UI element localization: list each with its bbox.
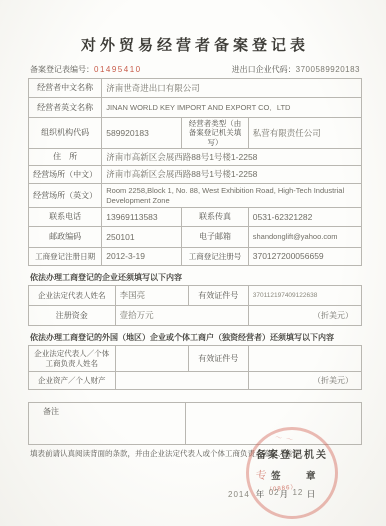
en-name-value: JINAN WORLD KEY IMPORT AND EXPORT CO．LTD xyxy=(102,98,362,118)
date-year: 2014 xyxy=(228,490,250,499)
seal-here-label: 签 章 xyxy=(271,468,324,482)
table-row: 经营者中文名称 济南世奇进出口有限公司 xyxy=(29,79,362,98)
capital-usd-note: （折美元） xyxy=(248,306,361,326)
table-row: 住 所 济南市高新区会展西路88号1号楼1-2258 xyxy=(29,149,362,166)
premises-en-label: 经营场所（英文） xyxy=(29,184,102,208)
date-year-char: 年 xyxy=(256,489,266,499)
table-row: 企业法定代表人姓名 李国亮 有效证件号 370112197409122638 xyxy=(29,286,362,306)
table-row: 经营场所（中文） 济南市高新区会展西路88号1号楼1-2258 xyxy=(29,166,362,184)
company-code-label: 进出口企业代码： xyxy=(232,65,296,74)
date-month: 02 xyxy=(269,488,280,497)
registration-date: 2014年 02月 12 日 xyxy=(228,488,316,500)
postcode-value: 250101 xyxy=(102,227,182,248)
cn-name-value: 济南世奇进出口有限公司 xyxy=(102,79,362,98)
reg-no-value: 370127200056659 xyxy=(248,248,361,266)
table-row: 注册资金 壹拾万元 （折美元） xyxy=(29,306,362,326)
rep-or-owner-label: 企业法定代表人／个体工商负责人姓名 xyxy=(29,346,116,372)
company-code-value: 3700589920183 xyxy=(296,65,360,74)
form-number-value: 01495410 xyxy=(94,65,142,74)
reg-no-label: 工商登记注册号 xyxy=(182,248,249,266)
premises-cn-label: 经营场所（中文） xyxy=(29,166,102,184)
domestic-enterprise-table: 企业法定代表人姓名 李国亮 有效证件号 370112197409122638 注… xyxy=(28,285,362,326)
assets-label: 企业资产／个人财产 xyxy=(29,372,116,390)
email-label: 电子邮箱 xyxy=(182,227,249,248)
date-day: 12 xyxy=(292,488,303,497)
premises-en-value: Room 2258,Block 1, No. 88, West Exhibiti… xyxy=(102,184,362,208)
table-row: 企业资产／个人财产 （折美元） xyxy=(29,372,362,390)
company-code: 进出口企业代码：3700589920183 xyxy=(232,64,360,75)
date-month-char: 月 xyxy=(280,489,290,499)
phone-value: 13969113583 xyxy=(102,208,182,227)
capital-label: 注册资金 xyxy=(29,306,116,326)
id-number-label: 有效证件号 xyxy=(188,286,248,306)
fax-label: 联系传真 xyxy=(182,208,249,227)
rep-or-owner-value xyxy=(115,346,188,372)
operator-type-label: 经营者类型（由备案登记机关填写） xyxy=(182,118,249,149)
foreign-id-value xyxy=(248,346,361,372)
reg-date-label: 工商登记注册日期 xyxy=(29,248,102,266)
capital-value: 壹拾万元 xyxy=(115,306,248,326)
phone-label: 联系电话 xyxy=(29,208,102,227)
section3-heading: 依法办理工商登记的外国（地区）企业或个体工商户（独资经营者）还须填写以下内容 xyxy=(30,332,362,343)
stamp-arc-mark: ～～ xyxy=(274,433,297,446)
en-name-label: 经营者英文名称 xyxy=(29,98,102,118)
org-code-value: 589920183 xyxy=(102,118,182,149)
operator-type-value: 私营有限责任公司 xyxy=(248,118,361,149)
form-number-label: 备案登记表编号： xyxy=(30,65,94,74)
org-code-label: 组织机构代码 xyxy=(29,118,102,149)
assets-usd-note: （折美元） xyxy=(248,372,361,390)
table-row: 工商登记注册日期 2012-3-19 工商登记注册号 3701272000566… xyxy=(29,248,362,266)
stamp-char: 专 xyxy=(255,466,269,484)
email-value: shandonglift@yahoo.com xyxy=(248,227,361,248)
id-number-value: 370112197409122638 xyxy=(248,286,361,306)
foreign-id-label: 有效证件号 xyxy=(188,346,248,372)
table-row: 联系电话 13969113583 联系传真 0531-62321282 xyxy=(29,208,362,227)
date-day-char: 日 xyxy=(307,489,317,499)
form-number: 备案登记表编号：01495410 xyxy=(30,64,142,75)
address-label: 住 所 xyxy=(29,149,102,166)
registration-authority-title: 备案登记机关 xyxy=(256,446,328,461)
fax-value: 0531-62321282 xyxy=(248,208,361,227)
legal-rep-value: 李国亮 xyxy=(115,286,188,306)
cn-name-label: 经营者中文名称 xyxy=(29,79,102,98)
table-row: 企业法定代表人／个体工商负责人姓名 有效证件号 xyxy=(29,346,362,372)
main-info-table: 经营者中文名称 济南世奇进出口有限公司 经营者英文名称 JINAN WORLD … xyxy=(28,78,362,266)
table-row: 组织机构代码 589920183 经营者类型（由备案登记机关填写） 私营有限责任… xyxy=(29,118,362,149)
reg-date-value: 2012-3-19 xyxy=(102,248,182,266)
remarks-label: 备注 xyxy=(29,403,186,445)
postcode-label: 邮政编码 xyxy=(29,227,102,248)
foreign-enterprise-table: 企业法定代表人／个体工商负责人姓名 有效证件号 企业资产／个人财产 （折美元） xyxy=(28,345,362,390)
page-title: 对外贸易经营者备案登记表 xyxy=(28,34,362,55)
premises-cn-value: 济南市高新区会展西路88号1号楼1-2258 xyxy=(102,166,362,184)
table-row: 经营场所（英文） Room 2258,Block 1, No. 88, West… xyxy=(29,184,362,208)
form-page: 对外贸易经营者备案登记表 备案登记表编号：01495410 进出口企业代码：37… xyxy=(28,34,362,459)
table-row: 经营者英文名称 JINAN WORLD KEY IMPORT AND EXPOR… xyxy=(29,98,362,118)
assets-value xyxy=(115,372,248,390)
table-row: 邮政编码 250101 电子邮箱 shandonglift@yahoo.com xyxy=(29,227,362,248)
address-value: 济南市高新区会展西路88号1号楼1-2258 xyxy=(102,149,362,166)
form-meta-row: 备案登记表编号：01495410 进出口企业代码：3700589920183 xyxy=(30,64,360,75)
legal-rep-label: 企业法定代表人姓名 xyxy=(29,286,116,306)
section2-heading: 依法办理工商登记的企业还须填写以下内容 xyxy=(30,272,362,283)
